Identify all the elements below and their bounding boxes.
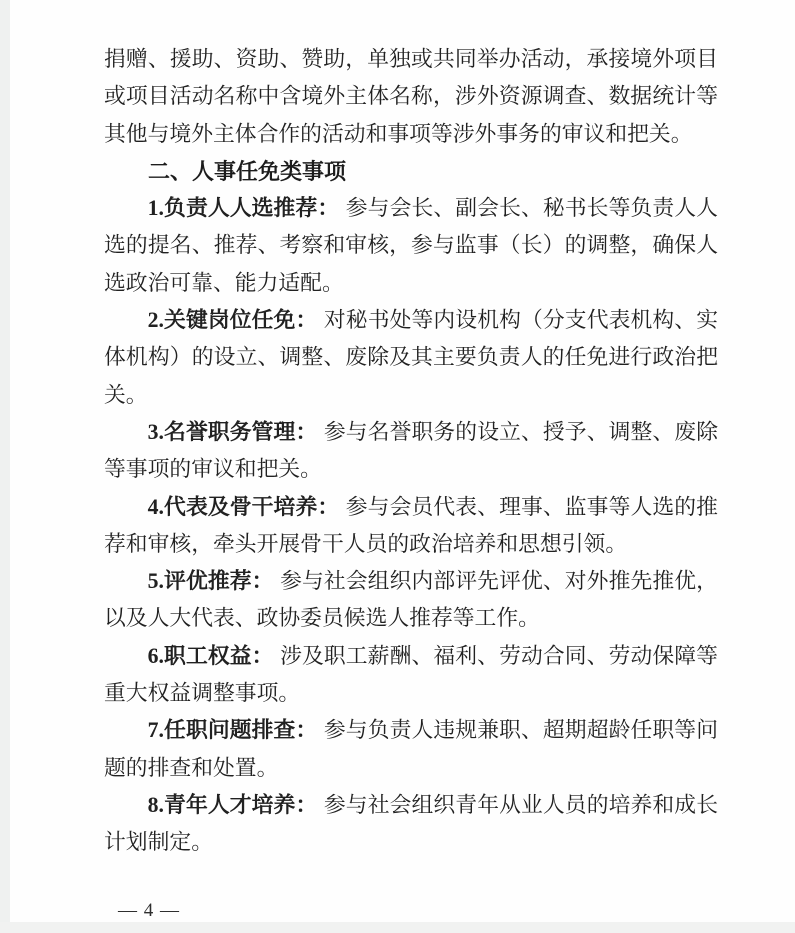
paragraph-continuation-text: 捐赠、援助、资助、赞助，单独或共同举办活动，承接境外项目或项目活动名称中含境外主… (104, 47, 718, 146)
list-item-6-label: 6.职工权益： (148, 644, 274, 668)
paragraph-continuation: 捐赠、援助、资助、赞助，单独或共同举办活动，承接境外项目或项目活动名称中含境外主… (104, 41, 718, 153)
document-page: 捐赠、援助、资助、赞助，单独或共同举办活动，承接境外项目或项目活动名称中含境外主… (0, 0, 795, 933)
list-item-1: 1.负责人人选推荐：参与会长、副会长、秘书长等负责人人选的提名、推荐、考察和审核… (104, 190, 718, 302)
list-item-7-label: 7.任职问题排查： (148, 718, 318, 742)
list-item-6: 6.职工权益：涉及职工薪酬、福利、劳动合同、劳动保障等重大权益调整事项。 (104, 638, 718, 713)
list-item-4: 4.代表及骨干培养：参与会员代表、理事、监事等人选的推荐和审核，牵头开展骨干人员… (104, 489, 718, 564)
section-heading: 二、人事任免类事项 (104, 153, 718, 190)
page-body: 捐赠、援助、资助、赞助，单独或共同举办活动，承接境外项目或项目活动名称中含境外主… (104, 41, 718, 862)
list-item-8-label: 8.青年人才培养： (148, 793, 318, 817)
list-item-4-label: 4.代表及骨干培养： (148, 495, 340, 519)
list-item-3-label: 3.名誉职务管理： (148, 420, 318, 444)
page-bottom-edge (0, 922, 795, 933)
list-item-3: 3.名誉职务管理：参与名誉职务的设立、授予、调整、废除等事项的审议和把关。 (104, 414, 718, 489)
list-item-2-label: 2.关键岗位任免： (148, 308, 318, 332)
list-item-5: 5.评优推荐：参与社会组织内部评先评优、对外推先推优，以及人大代表、政协委员候选… (104, 563, 718, 638)
list-item-8: 8.青年人才培养：参与社会组织青年从业人员的培养和成长计划制定。 (104, 787, 718, 862)
list-item-7: 7.任职问题排查：参与负责人违规兼职、超期超龄任职等问题的排查和处置。 (104, 712, 718, 787)
page-number: — 4 — (118, 899, 180, 923)
page-left-edge (0, 0, 10, 933)
list-item-5-label: 5.评优推荐： (148, 569, 274, 593)
list-item-2: 2.关键岗位任免：对秘书处等内设机构（分支代表机构、实体机构）的设立、调整、废除… (104, 302, 718, 414)
list-item-1-label: 1.负责人人选推荐： (148, 196, 340, 220)
